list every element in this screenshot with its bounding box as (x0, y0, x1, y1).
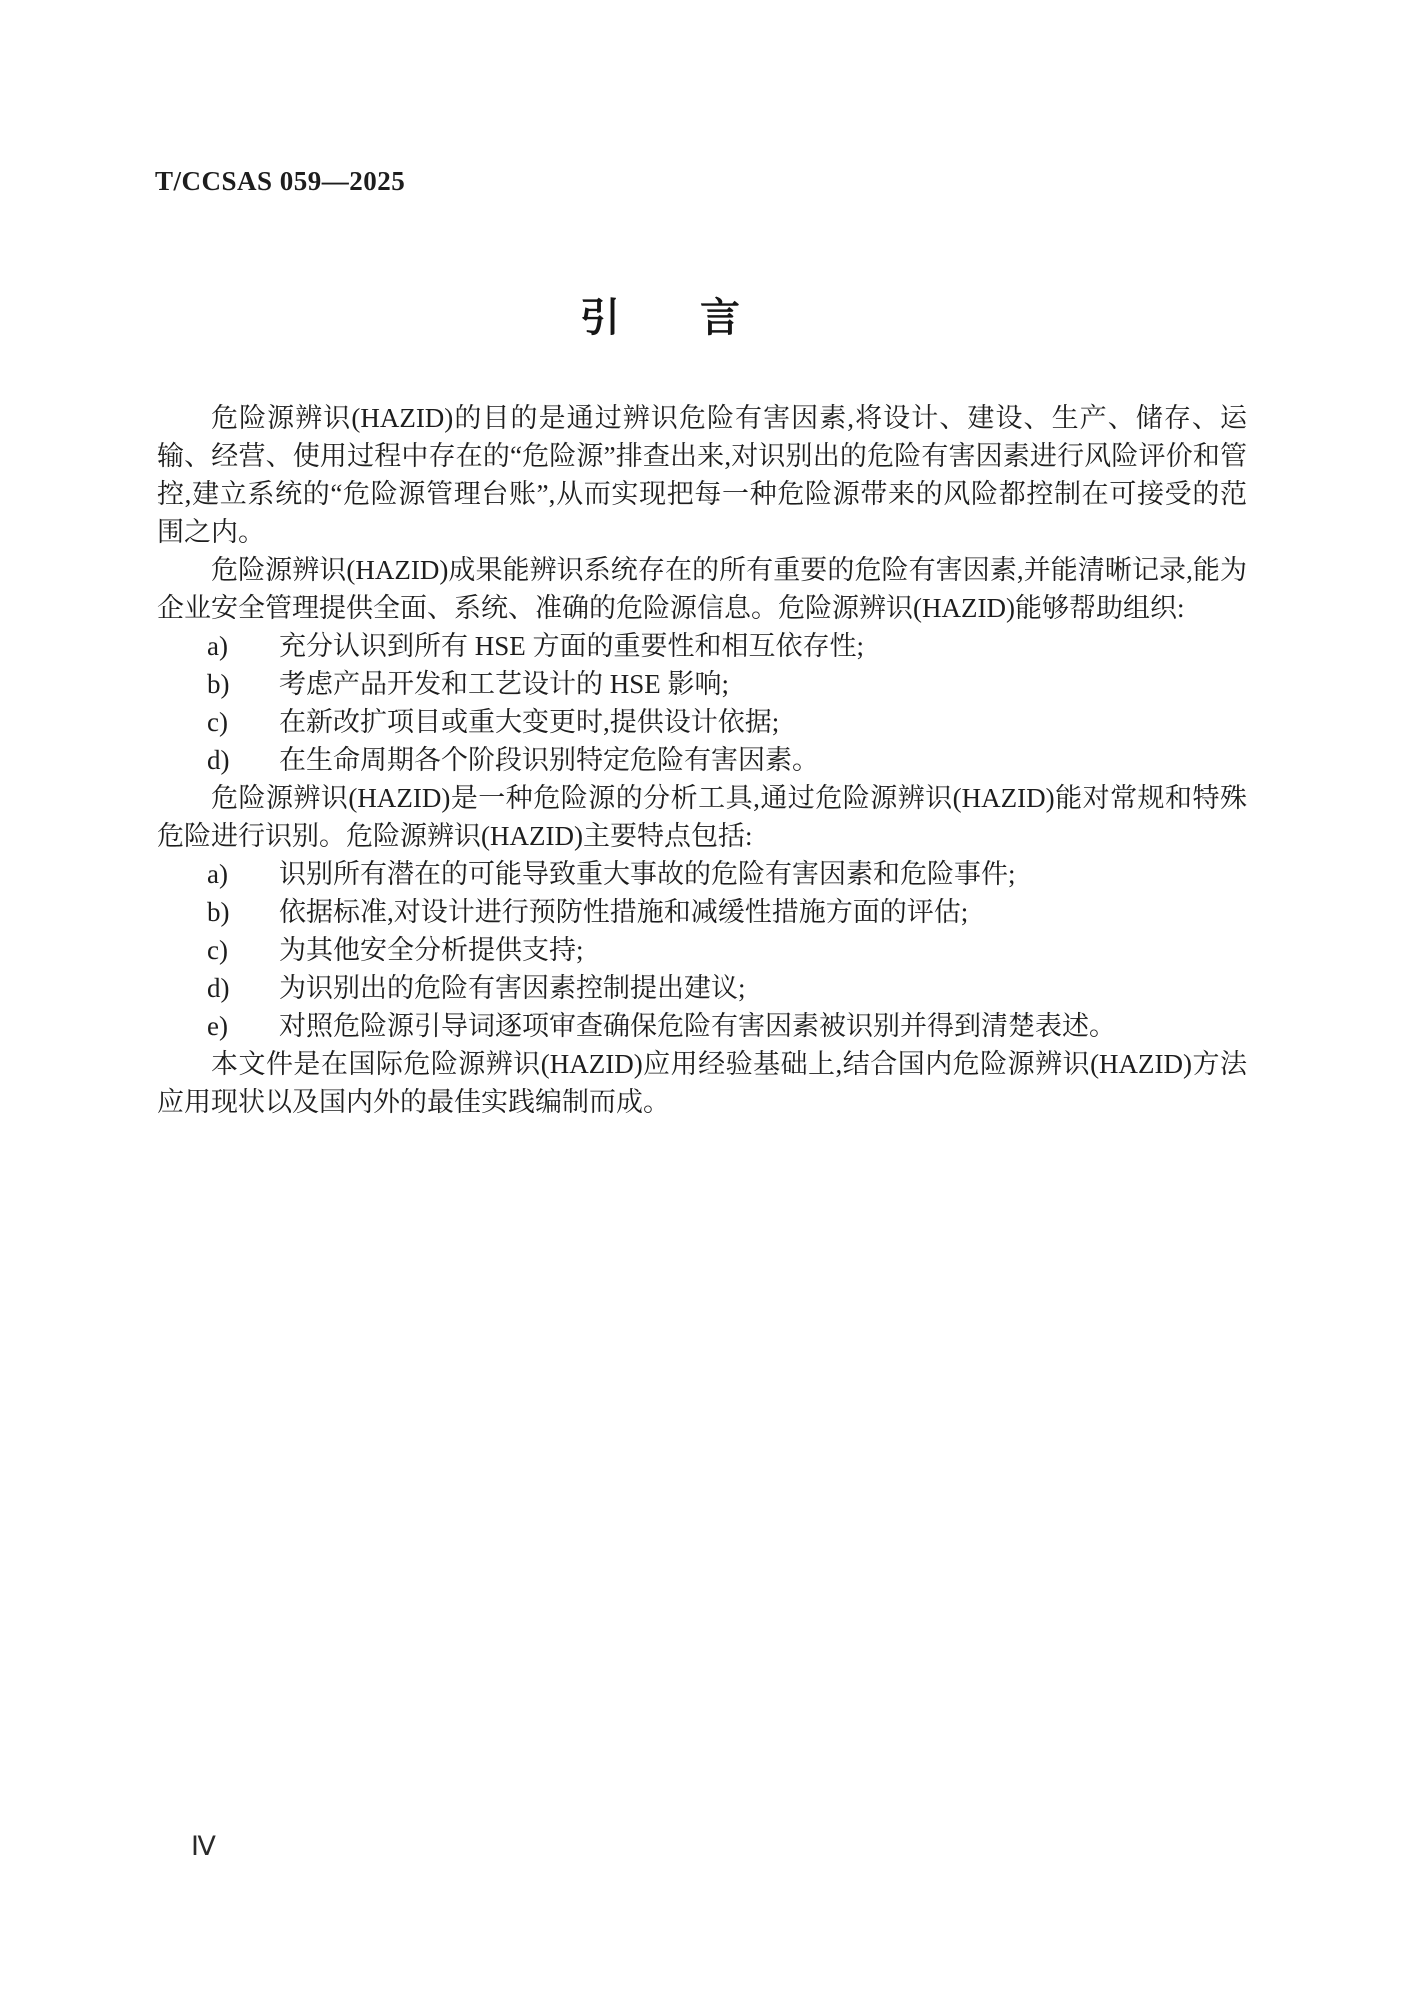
list-item-text: 为其他安全分析提供支持; (279, 931, 1247, 969)
list-item-text: 在生命周期各个阶段识别特定危险有害因素。 (279, 741, 1247, 779)
list-item-label: b) (207, 893, 279, 931)
list-item: b) 依据标准,对设计进行预防性措施和减缓性措施方面的评估; (157, 893, 1247, 931)
intro-paragraph-4: 本文件是在国际危险源辨识(HAZID)应用经验基础上,结合国内危险源辨识(HAZ… (157, 1045, 1247, 1121)
standard-number-header: T/CCSAS 059—2025 (155, 166, 405, 197)
intro-paragraph-2: 危险源辨识(HAZID)成果能辨识系统存在的所有重要的危险有害因素,并能清晰记录… (157, 551, 1247, 627)
benefit-list: a) 充分认识到所有 HSE 方面的重要性和相互依存性; b) 考虑产品开发和工… (157, 627, 1247, 779)
list-item-label: d) (207, 741, 279, 779)
list-item-label: e) (207, 1007, 279, 1045)
feature-list: a) 识别所有潜在的可能导致重大事故的危险有害因素和危险事件; b) 依据标准,… (157, 855, 1247, 1045)
list-item: c) 为其他安全分析提供支持; (157, 931, 1247, 969)
document-body: 危险源辨识(HAZID)的目的是通过辨识危险有害因素,将设计、建设、生产、储存、… (157, 399, 1247, 1121)
list-item: a) 识别所有潜在的可能导致重大事故的危险有害因素和危险事件; (157, 855, 1247, 893)
list-item: e) 对照危险源引导词逐项审查确保危险有害因素被识别并得到清楚表述。 (157, 1007, 1247, 1045)
list-item-label: b) (207, 665, 279, 703)
list-item: b) 考虑产品开发和工艺设计的 HSE 影响; (157, 665, 1247, 703)
list-item-text: 识别所有潜在的可能导致重大事故的危险有害因素和危险事件; (279, 855, 1247, 893)
page-number: Ⅳ (191, 1831, 216, 1862)
page-title: 引 言 (0, 286, 1320, 343)
list-item-label: c) (207, 703, 279, 741)
intro-paragraph-1: 危险源辨识(HAZID)的目的是通过辨识危险有害因素,将设计、建设、生产、储存、… (157, 399, 1247, 551)
list-item-label: a) (207, 627, 279, 665)
document-page: T/CCSAS 059—2025 引 言 危险源辨识(HAZID)的目的是通过辨… (0, 0, 1414, 2000)
list-item-label: a) (207, 855, 279, 893)
list-item: d) 在生命周期各个阶段识别特定危险有害因素。 (157, 741, 1247, 779)
list-item: a) 充分认识到所有 HSE 方面的重要性和相互依存性; (157, 627, 1247, 665)
list-item-label: c) (207, 931, 279, 969)
list-item-text: 充分认识到所有 HSE 方面的重要性和相互依存性; (279, 627, 1247, 665)
list-item-text: 对照危险源引导词逐项审查确保危险有害因素被识别并得到清楚表述。 (279, 1007, 1247, 1045)
list-item: c) 在新改扩项目或重大变更时,提供设计依据; (157, 703, 1247, 741)
list-item-text: 考虑产品开发和工艺设计的 HSE 影响; (279, 665, 1247, 703)
intro-paragraph-3: 危险源辨识(HAZID)是一种危险源的分析工具,通过危险源辨识(HAZID)能对… (157, 779, 1247, 855)
list-item-label: d) (207, 969, 279, 1007)
list-item-text: 为识别出的危险有害因素控制提出建议; (279, 969, 1247, 1007)
list-item-text: 在新改扩项目或重大变更时,提供设计依据; (279, 703, 1247, 741)
list-item-text: 依据标准,对设计进行预防性措施和减缓性措施方面的评估; (279, 893, 1247, 931)
list-item: d) 为识别出的危险有害因素控制提出建议; (157, 969, 1247, 1007)
